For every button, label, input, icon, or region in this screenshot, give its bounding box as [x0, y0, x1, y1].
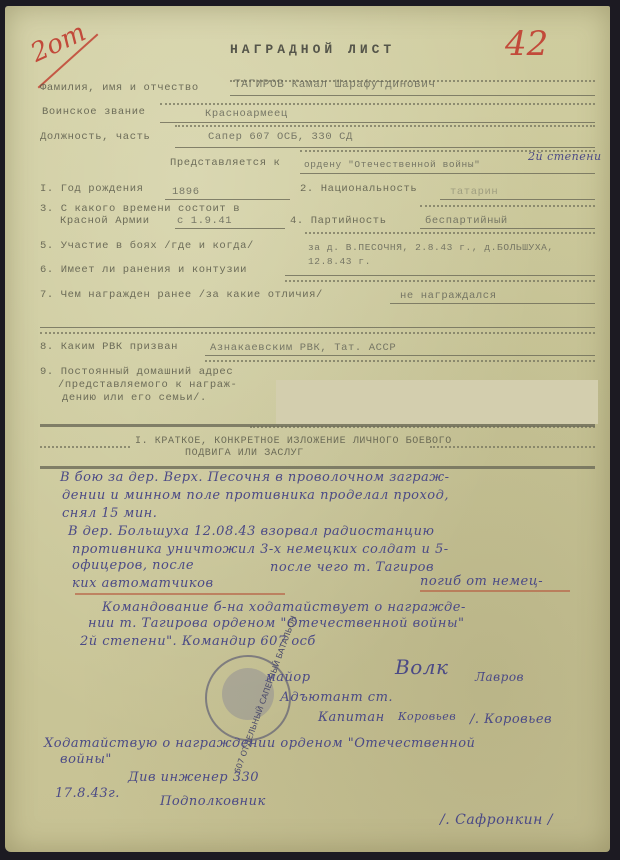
q3-value: с 1.9.41: [177, 215, 232, 227]
dotted-line: [160, 103, 595, 105]
endorsement-date: 17.8.43г.: [55, 786, 120, 801]
dotted-line: [175, 125, 595, 127]
narrative-line: нии т. Тагирова орденом "Отечественной в…: [88, 616, 465, 631]
q4-label: 4. Партийность: [290, 215, 387, 227]
narrative-line: В дер. Большуха 12.08.43 взорвал радиост…: [68, 524, 434, 539]
red-underline: [75, 593, 285, 595]
position-label: Должность, часть: [40, 131, 150, 143]
endorsement-text: Ходатайствую о награждении орденом "Отеч…: [44, 736, 475, 751]
officer-title: Див инженер 330: [128, 770, 259, 785]
q8-label: 8. Каким РВК призван: [40, 341, 178, 353]
dotted-line: [40, 332, 595, 334]
q1-label: I. Год рождения: [40, 183, 144, 195]
q8-value: Азнакаевским РВК, Тат. АССР: [210, 342, 396, 354]
q9-label-2: /представляемого к награж-: [58, 379, 237, 391]
red-underline: [420, 590, 570, 592]
underline: [160, 122, 595, 123]
rank-label: Воинское звание: [42, 106, 146, 118]
q2-value: татарин: [450, 186, 498, 198]
name-value: ТАГИРОВ Камал Шарафутдинович: [234, 79, 436, 91]
underline: [300, 173, 595, 174]
commander-signature: Волк: [395, 655, 448, 679]
adjutant-signature: Коровьев: [398, 710, 456, 723]
name-label: Фамилия, имя и отчество: [40, 82, 199, 94]
underline: [175, 147, 595, 148]
underline: [230, 95, 595, 96]
commander-name: Лавров: [475, 670, 524, 684]
section-heading: I. КРАТКОЕ, КОНКРЕТНОЕ ИЗЛОЖЕНИЕ ЛИЧНОГО…: [135, 436, 452, 447]
narrative-line: В бою за дер. Верх. Песочня в проволочно…: [60, 470, 449, 485]
redacted-address: [276, 380, 598, 424]
q9-label-3: дению или его семьи/.: [62, 392, 207, 404]
nominated-label: Представляется к: [170, 157, 280, 169]
q5-value: за д. В.ПЕСОЧНЯ, 2.8.43 г., д.БОЛЬШУХА,: [308, 242, 554, 253]
dotted-line: [205, 360, 595, 362]
adjutant-rank: Капитан: [318, 710, 385, 725]
narrative-line: погиб от немец-: [420, 574, 543, 589]
underline: [440, 199, 595, 200]
narrative-line: снял 15 мин.: [62, 506, 157, 521]
underline: [420, 228, 595, 229]
narrative-line: после чего т. Тагиров: [270, 560, 434, 575]
underline: [205, 355, 595, 356]
dotted-line: [420, 205, 595, 207]
q5-label: 5. Участие в боях /где и когда/: [40, 240, 254, 252]
dotted-line: [40, 446, 130, 448]
q1-value: 1896: [172, 186, 200, 198]
q7-label: 7. Чем награжден ранее /за какие отличия…: [40, 289, 323, 301]
commander-rank: майор: [265, 670, 311, 685]
adjutant-title: Адъютант ст.: [280, 690, 393, 705]
q2-label: 2. Национальность: [300, 183, 417, 195]
nominated-degree: 2й степени: [528, 150, 602, 163]
section-heading-2: ПОДВИГА ИЛИ ЗАСЛУГ: [185, 448, 304, 459]
adjutant-name: /. Коровьев: [470, 712, 552, 727]
underline: [175, 228, 285, 229]
underline: [165, 199, 290, 200]
narrative-line: Командование б-на ходатайствует о награж…: [102, 600, 466, 615]
endorsement-text-2: войны": [60, 752, 112, 767]
dotted-line: [285, 280, 595, 282]
q9-label: 9. Постоянный домашний адрес: [40, 366, 233, 378]
q5-value-2: 12.8.43 г.: [308, 256, 371, 267]
narrative-line: офицеров, после: [72, 558, 194, 573]
q7-value: не награждался: [400, 290, 497, 302]
dotted-line: [430, 446, 595, 448]
narrative-line: противника уничтожил 3-х немецких солдат…: [72, 542, 449, 557]
q3-label-2: Красной Армии: [60, 215, 150, 227]
q6-label: 6. Имеет ли ранения и контузии: [40, 264, 247, 276]
dotted-line: [305, 232, 595, 234]
officer-rank: Подполковник: [160, 794, 266, 809]
document-title: НАГРАДНОЙ ЛИСТ: [230, 42, 395, 57]
narrative-line: дении и минном поле противника проделал …: [62, 488, 449, 503]
underline: [390, 303, 595, 304]
officer-name: /. Сафронкин /: [440, 812, 553, 828]
q3-label: 3. С какого времени состоит в: [40, 203, 240, 215]
section-rule-top: [40, 424, 595, 427]
position-value: Сапер 607 ОСБ, 330 СД: [208, 131, 353, 143]
underline: [40, 327, 595, 328]
underline: [285, 275, 595, 276]
narrative-line: ких автоматчиков: [72, 576, 214, 591]
sheet-number: 42: [505, 24, 548, 64]
rank-value: Красноармеец: [205, 108, 288, 120]
nominated-value: ордену "Отечественной войны": [304, 159, 480, 170]
q4-value: беспартийный: [425, 215, 508, 227]
section-rule-bottom: [40, 466, 595, 469]
